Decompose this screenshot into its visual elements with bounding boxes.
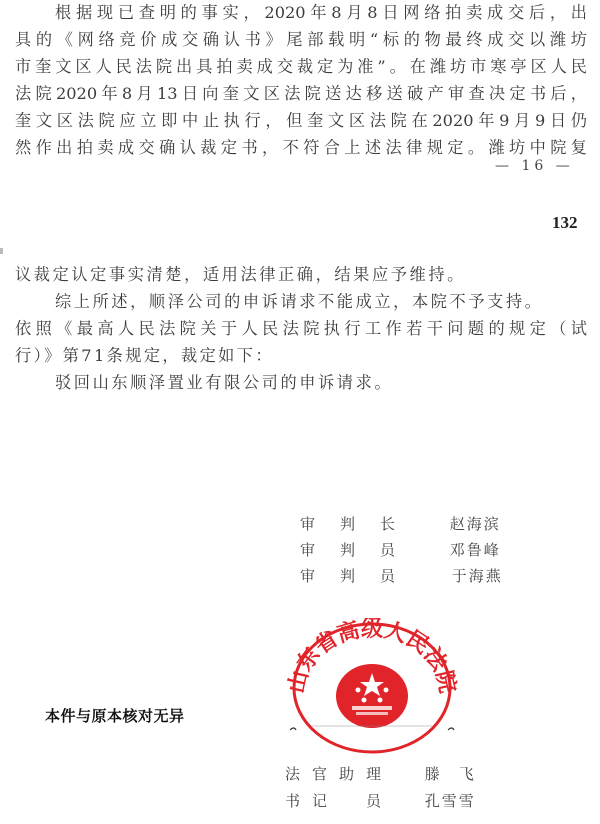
certification-text: 本件与原本核对无异 [45, 705, 185, 726]
clerk-row: 法官助理 滕 飞 [285, 764, 476, 784]
body-line: 法院2020年8月13日向奎文区法院送达移送破产审查决定书后， [15, 83, 587, 105]
body-line: 市奎文区人民法院出具拍卖成交裁定为准”。在潍坊市寒亭区人民 [15, 56, 587, 78]
signature-name: 邓鲁峰 [450, 540, 501, 560]
body-line: 议裁定认定事实清楚，适用法律正确，结果应予维持。 [15, 264, 587, 286]
body-line: 综上所述，顺泽公司的申诉请求不能成立，本院不予支持。 [55, 291, 600, 313]
page-stamp-number: 132 [552, 213, 578, 233]
signature-row: 审判员 邓鲁峰 [300, 540, 501, 560]
signature-name: 于海燕 [452, 566, 503, 586]
body-line: 然作出拍卖成交确认裁定书，不符合上述法律规定。潍坊中院复 [15, 137, 587, 159]
ruling-line: 驳回山东顺泽置业有限公司的申诉请求。 [55, 372, 600, 394]
page-footer-number: — 16 — [495, 158, 574, 174]
signature-row: 审判员 于海燕 [300, 566, 503, 586]
clerk-role: 法官助理 [285, 764, 415, 784]
clerk-name: 孔雪雪 [425, 791, 476, 811]
body-line: 根据现已查明的事实，2020年8月8日网络拍卖成交后，出 [55, 2, 587, 24]
clerk-role: 书记员 [285, 791, 415, 811]
court-seal-icon: 山东省高级人民法院 [272, 618, 472, 758]
signature-role: 审判员 [300, 566, 420, 586]
body-line: 奎文区法院应立即中止执行，但奎文区法院在2020年9月9日仍 [15, 110, 587, 132]
clerk-name: 滕 飞 [425, 764, 476, 784]
signature-name: 赵海滨 [450, 514, 501, 534]
clerk-row: 书记员 孔雪雪 [285, 791, 476, 811]
signature-role: 审判长 [300, 514, 420, 534]
body-line: 行）》第71条规定，裁定如下： [15, 345, 587, 367]
signature-role: 审判员 [300, 540, 420, 560]
body-line: 具的《网络竞价成交确认书》尾部载明“标的物最终成交以潍坊 [15, 29, 587, 51]
scan-artifact [0, 248, 3, 254]
body-line: 依照《最高人民法院关于人民法院执行工作若干问题的规定（试 [15, 318, 587, 340]
signature-row: 审判长 赵海滨 [300, 514, 501, 534]
